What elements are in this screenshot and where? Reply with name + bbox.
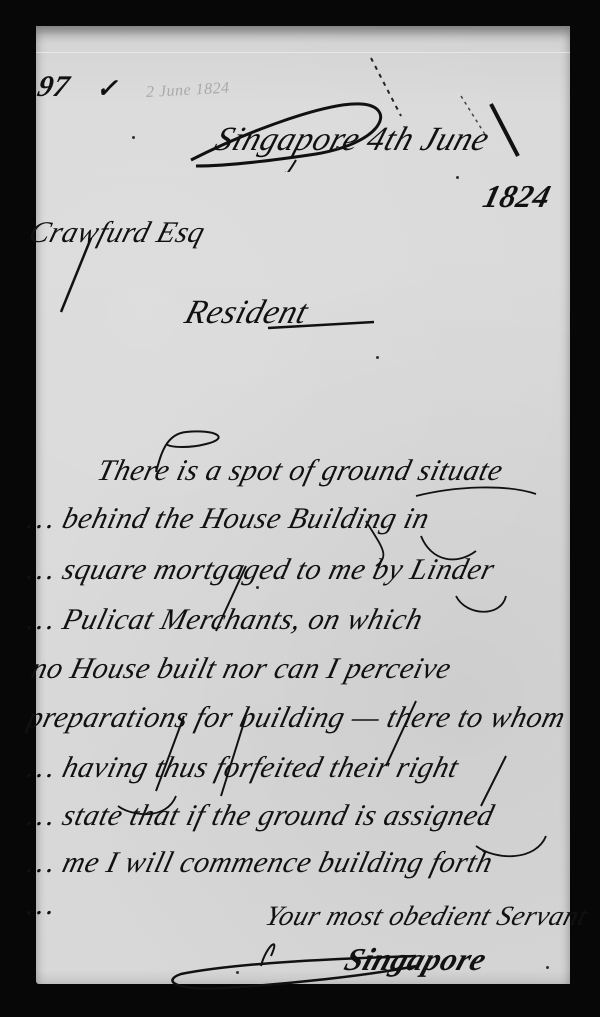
body-line-8: … state that if the ground is assigned — [24, 799, 498, 833]
folio-number: 97 — [34, 70, 72, 104]
body-line-1: There is a spot of ground situate — [94, 454, 507, 488]
paper-speck — [546, 966, 549, 969]
paper-speck — [256, 586, 259, 589]
body-line-4: … Pulicat Merchants, on which — [24, 603, 427, 637]
place-date: Singapore 4th June — [210, 121, 494, 159]
paper-speck — [376, 356, 379, 359]
letter-page: 2 June 1824 97 ✓ Singapore 4th June 1824… — [36, 26, 570, 984]
check-mark-icon: ✓ — [96, 74, 118, 104]
signature: Singapore — [340, 941, 492, 978]
paper-speck — [336, 146, 339, 149]
paper-speck — [236, 971, 239, 974]
body-line-6: preparations for building — there to who… — [24, 701, 569, 735]
body-line-3: … square mortgaged to me by Linder — [24, 553, 498, 587]
paper-speck — [456, 176, 459, 179]
body-line-10: … — [24, 888, 60, 922]
year: 1824 — [479, 178, 554, 215]
valediction: Your most obedient Servant — [261, 901, 591, 933]
body-line-7: … having thus forfeited their right — [24, 751, 462, 785]
addressee: Crawfurd Esq — [25, 216, 209, 250]
pencil-note: 2 June 1824 — [146, 80, 231, 102]
scan-frame: 2 June 1824 97 ✓ Singapore 4th June 1824… — [0, 0, 600, 1017]
body-line-5: no House built nor can I perceive — [28, 652, 455, 686]
body-line-2: … behind the House Building in — [24, 502, 433, 536]
recipient-title: Resident — [181, 294, 313, 332]
paper-speck — [132, 136, 135, 139]
body-line-9: … me I will commence building forth — [24, 846, 497, 880]
